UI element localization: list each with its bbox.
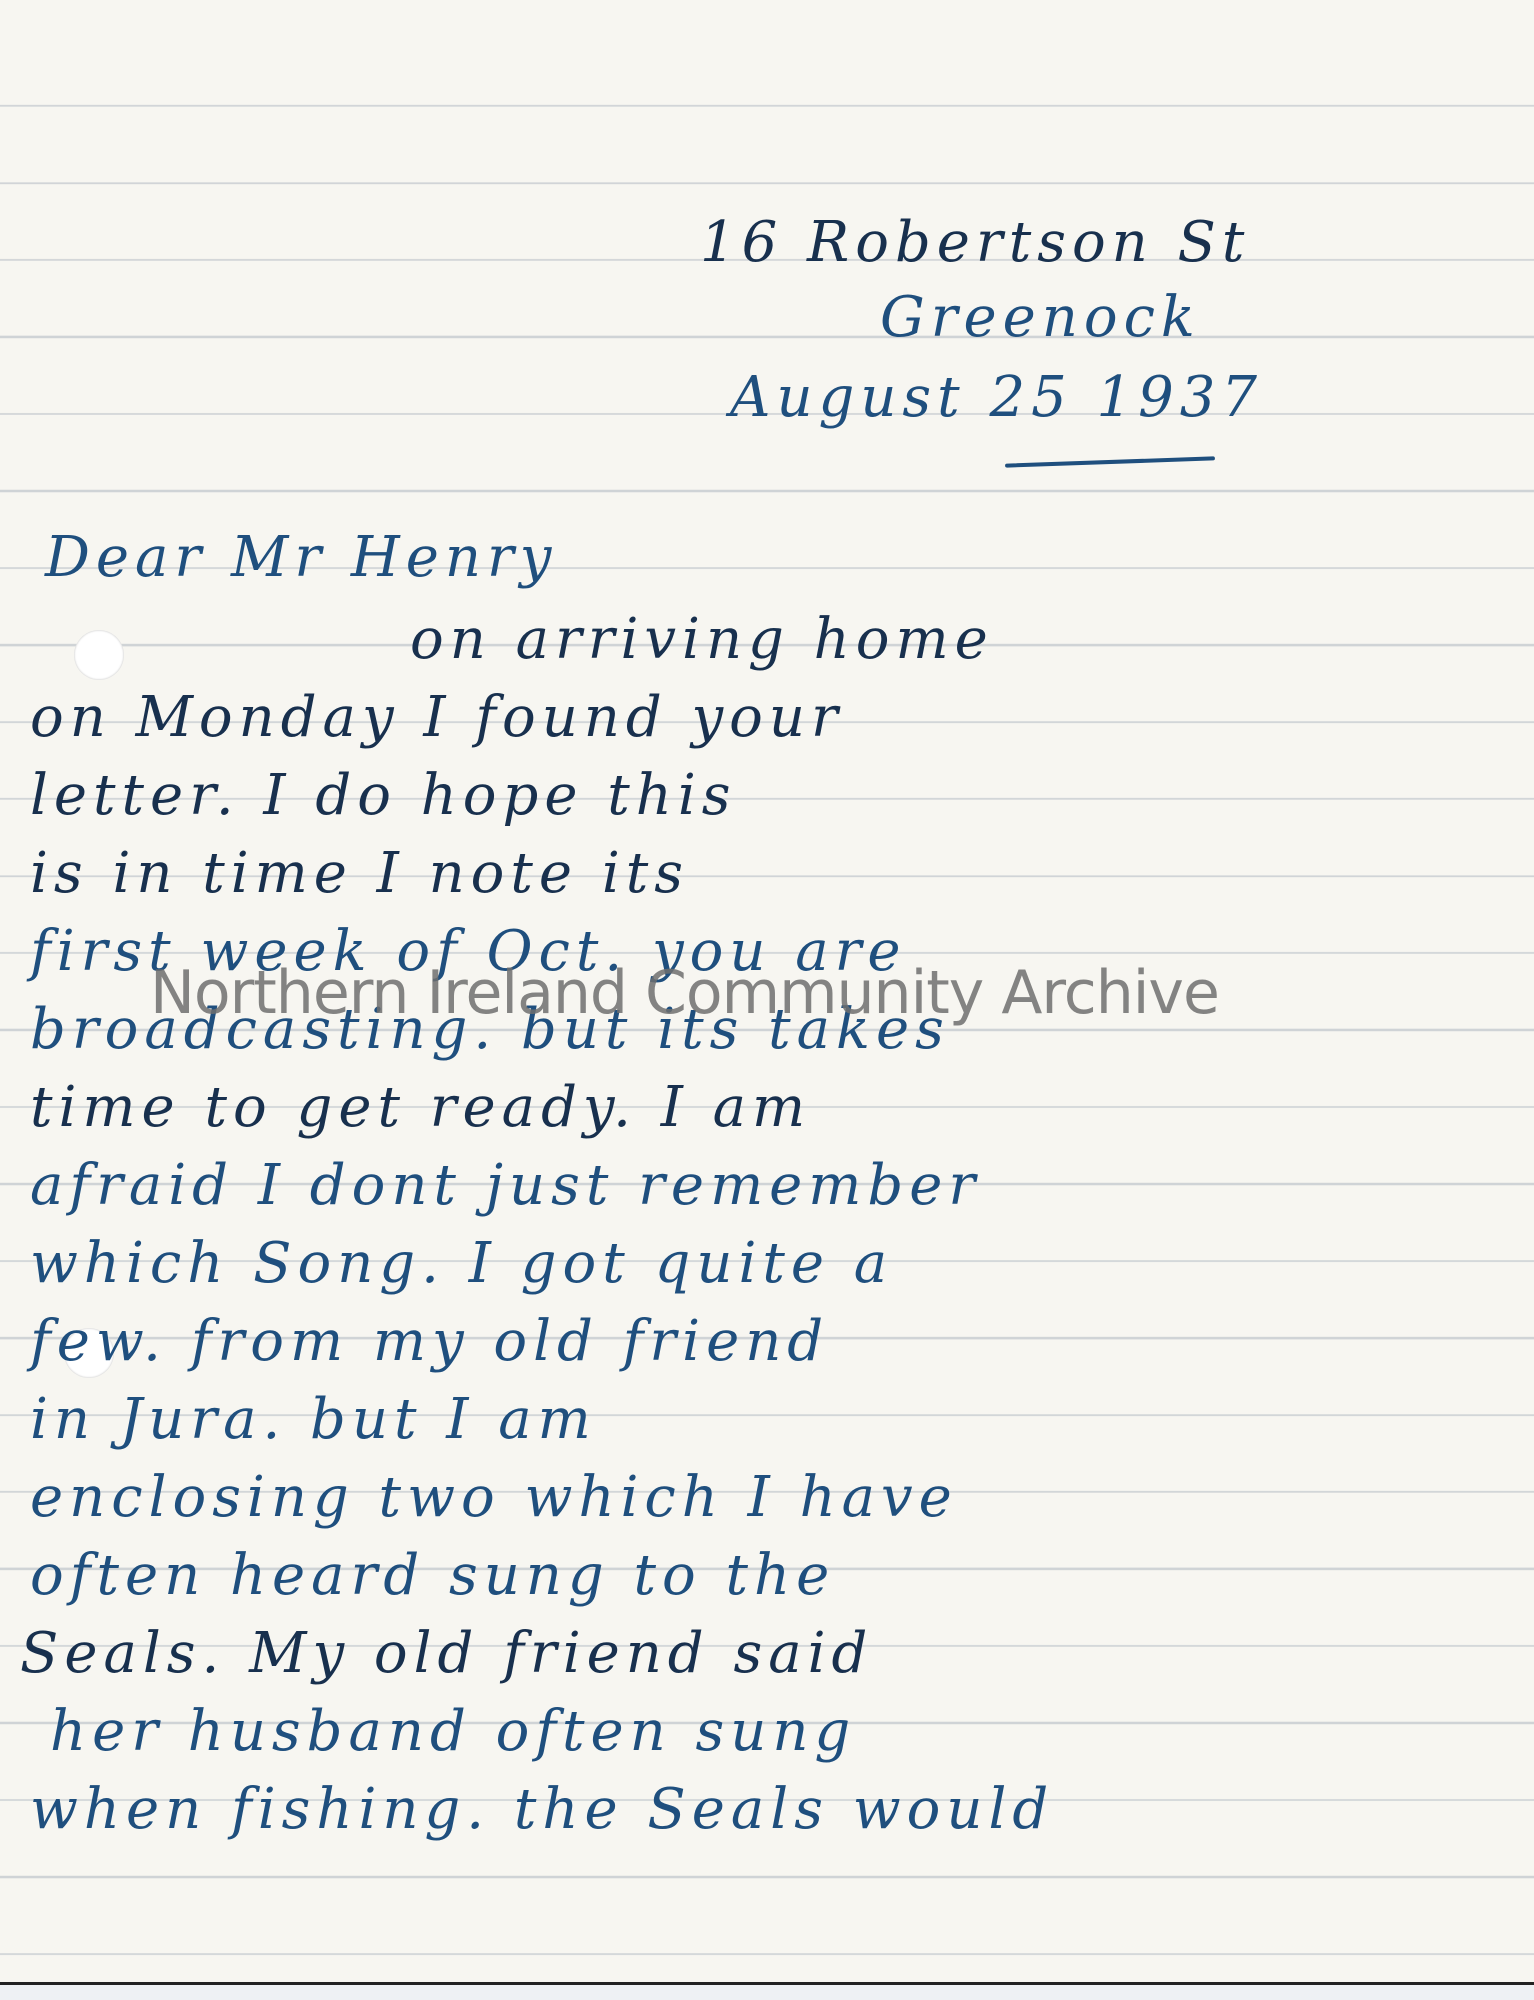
body-line: is in time I note its [30, 846, 689, 902]
date-underline [1005, 456, 1215, 467]
letter-date: August 25 1937 [730, 370, 1263, 426]
body-line: when fishing. the Seals would [30, 1782, 1054, 1838]
body-line: on arriving home [410, 612, 994, 668]
body-line: letter. I do hope this [30, 768, 737, 824]
body-line: afraid I dont just remember [30, 1158, 981, 1214]
body-line: enclosing two which I have [30, 1470, 958, 1526]
address-town: Greenock [880, 290, 1201, 346]
body-line: on Monday I found your [30, 690, 844, 746]
body-line: Seals. My old friend said [20, 1626, 873, 1682]
body-line: her husband often sung [50, 1704, 856, 1760]
punch-hole [74, 630, 124, 680]
letter-page: 16 Robertson St Greenock August 25 1937 … [0, 0, 1534, 1985]
body-line: often heard sung to the [30, 1548, 835, 1604]
address-street: 16 Robertson St [700, 215, 1250, 271]
salutation: Dear Mr Henry [45, 530, 557, 586]
body-line: time to get ready. I am [30, 1080, 811, 1136]
body-line: which Song. I got quite a [30, 1236, 893, 1292]
body-line: in Jura. but I am [30, 1392, 597, 1448]
body-line: few. from my old friend [30, 1314, 829, 1370]
archive-watermark: Northern Ireland Community Archive [150, 958, 1219, 1028]
